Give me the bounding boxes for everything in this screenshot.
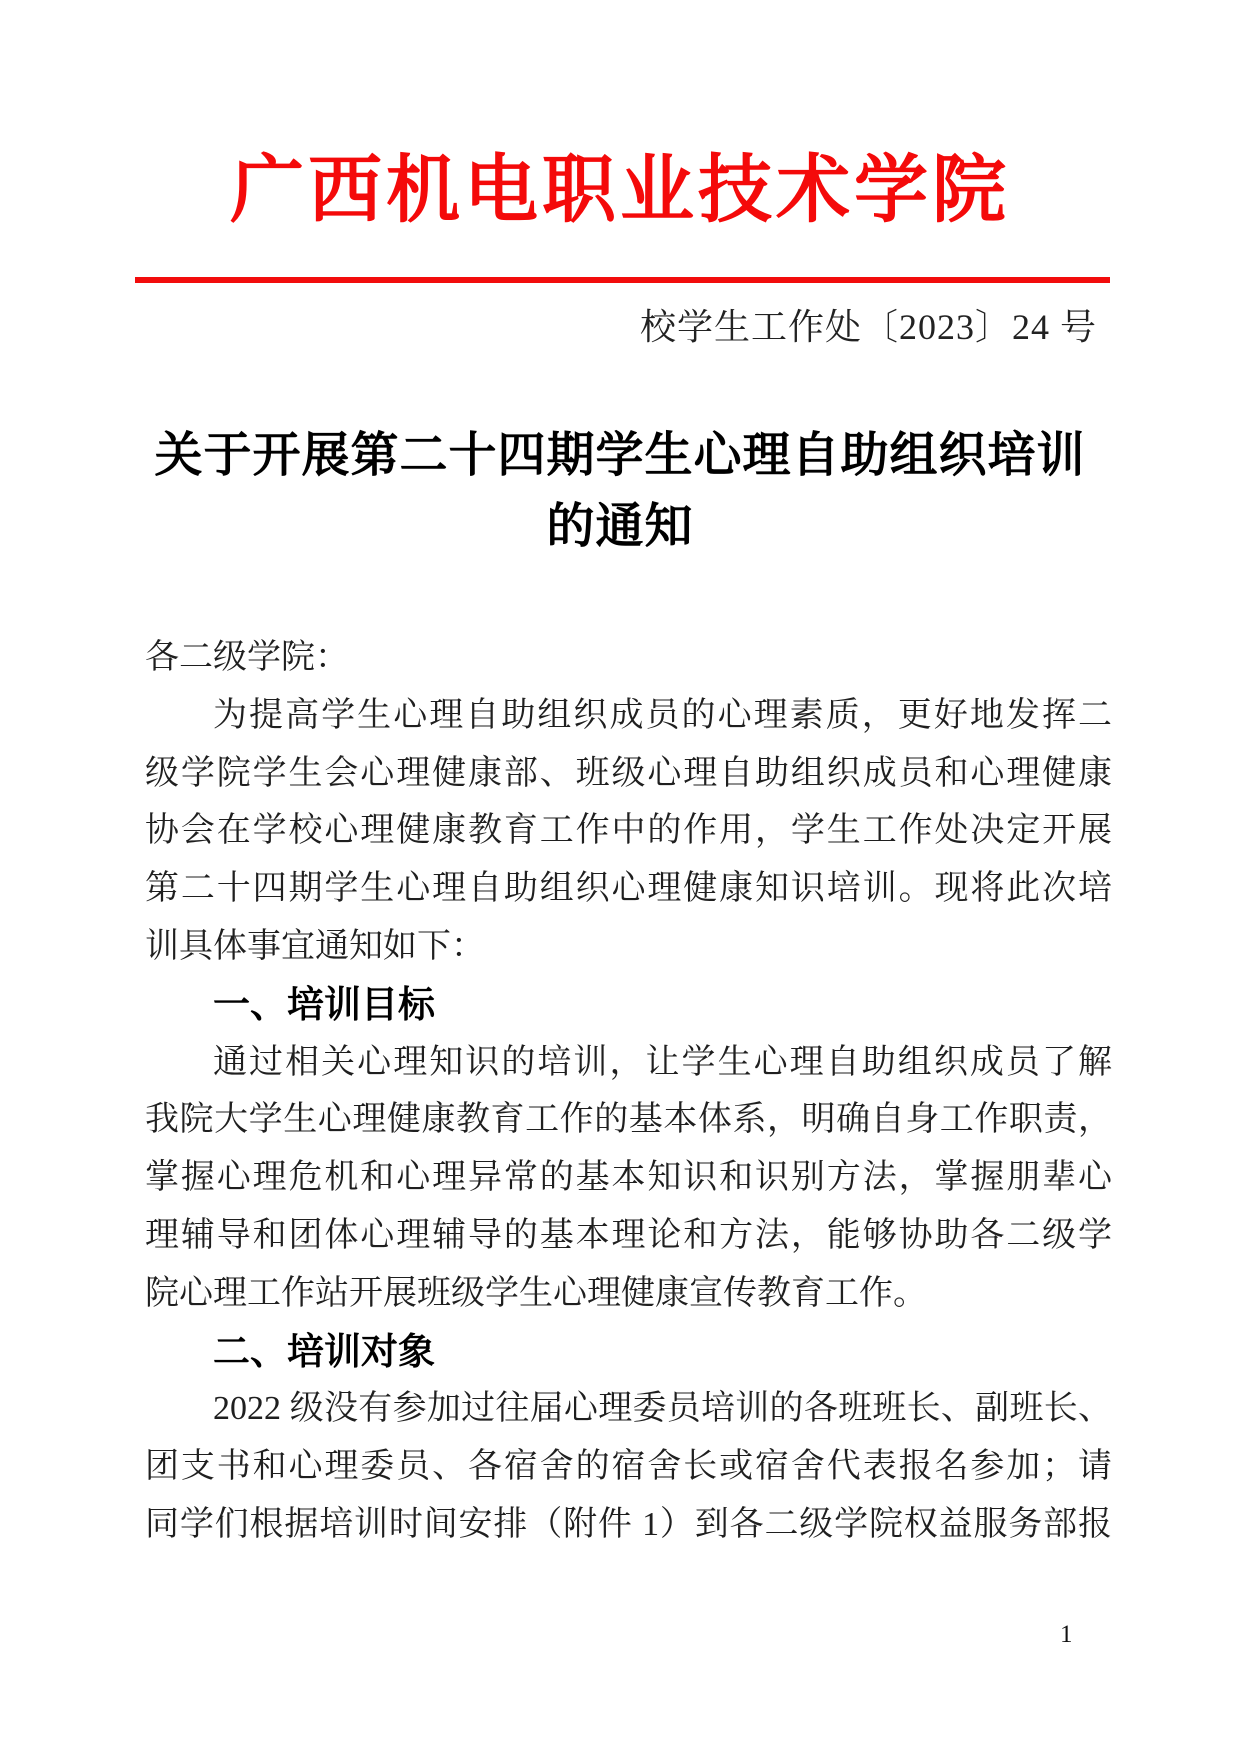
body-line: 2022 级没有参加过往届心理委员培训的各班班长、副班长、 — [145, 1380, 1112, 1438]
body-line: 我院大学生心理健康教育工作的基本体系，明确自身工作职责， — [145, 1091, 1112, 1149]
body-line: 同学们根据培训时间安排（附件 1）到各二级学院权益服务部报 — [145, 1496, 1112, 1554]
body-line: 为提高学生心理自助组织成员的心理素质，更好地发挥二 — [145, 687, 1112, 745]
org-name-redhead: 广西机电职业技术学院 — [132, 148, 1108, 234]
page-number: 1 — [1060, 1620, 1073, 1650]
body-line: 各二级学院： — [145, 629, 1112, 687]
body-line: 第二十四期学生心理自助组织心理健康知识培训。现将此次培 — [145, 860, 1112, 918]
body-line: 院心理工作站开展班级学生心理健康宣传教育工作。 — [145, 1265, 1112, 1323]
body-line: 协会在学校心理健康教育工作中的作用，学生工作处决定开展 — [145, 802, 1112, 860]
body-line: 二、培训对象 — [145, 1323, 1112, 1381]
document-body: 各二级学院：为提高学生心理自助组织成员的心理素质，更好地发挥二级学院学生会心理健… — [145, 629, 1112, 1554]
document-page: 广西机电职业技术学院 校学生工作处〔2023〕24 号 关于开展第二十四期学生心… — [0, 0, 1240, 1753]
doc-title: 关于开展第二十四期学生心理自助组织培训 的通知 — [132, 420, 1108, 562]
body-line: 一、培训目标 — [145, 976, 1112, 1034]
body-line: 训具体事宜通知如下： — [145, 918, 1112, 976]
body-line: 团支书和心理委员、各宿舍的宿舍长或宿舍代表报名参加；请 — [145, 1438, 1112, 1496]
body-line: 通过相关心理知识的培训，让学生心理自助组织成员了解 — [145, 1034, 1112, 1092]
body-line: 理辅导和团体心理辅导的基本理论和方法，能够协助各二级学 — [145, 1207, 1112, 1265]
doc-number: 校学生工作处〔2023〕24 号 — [135, 302, 1097, 352]
red-divider-rule — [135, 277, 1110, 283]
doc-title-line1: 关于开展第二十四期学生心理自助组织培训 — [132, 420, 1108, 491]
doc-title-line2: 的通知 — [132, 491, 1108, 562]
body-line: 掌握心理危机和心理异常的基本知识和识别方法，掌握朋辈心 — [145, 1149, 1112, 1207]
body-line: 级学院学生会心理健康部、班级心理自助组织成员和心理健康 — [145, 745, 1112, 803]
